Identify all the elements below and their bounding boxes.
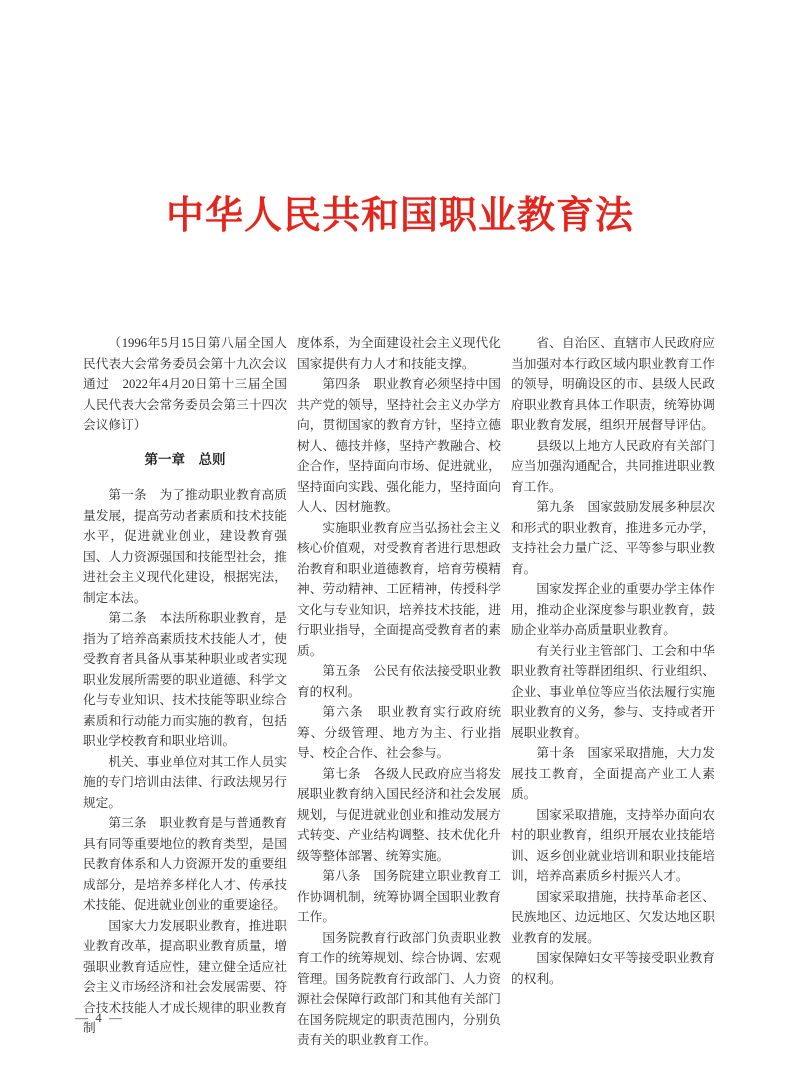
paragraph: 第十条 国家采取措施，大力发展技工教育，全面提高产业工人素质。 — [511, 743, 715, 805]
paragraph: 第八条 国务院建立职业教育工作协调机制，统筹协调全国职业教育工作。 — [297, 866, 501, 928]
paragraph: 有关行业主管部门、工会和中华职业教育社等群团组织、行业组织、企业、事业单位等应当… — [511, 641, 715, 744]
text-column-1: （1996年5月15日第八届全国人民代表大会常务委员会第十九次会议通过 2022… — [83, 333, 287, 1039]
paragraph: 第四条 职业教育必须坚持中国共产党的领导，坚持社会主义办学方向，贯彻国家的教育方… — [297, 374, 501, 518]
paragraph: 国家保障妇女平等接受职业教育的权利。 — [511, 948, 715, 989]
paragraph: 省、自治区、直辖市人民政府应当加强对本行政区域内职业教育工作的领导，明确设区的市… — [511, 333, 715, 436]
paragraph: 第七条 各级人民政府应当将发展职业教育纳入国民经济和社会发展规划，与促进就业创业… — [297, 764, 501, 867]
document-title: 中华人民共和国职业教育法 — [0, 184, 800, 239]
text-column-2: 度体系，为全面建设社会主义现代化国家提供有力人才和技能支撑。第四条 职业教育必须… — [297, 333, 501, 1051]
paragraph: 机关、事业单位对其工作人员实施的专门培训由法律、行政法规另行规定。 — [83, 752, 287, 814]
paragraph: 国务院教育行政部门负责职业教育工作的统筹规划、综合协调、宏观管理。国务院教育行政… — [297, 928, 501, 1051]
paragraph: 国家采取措施，扶持革命老区、民族地区、边远地区、欠发达地区职业教育的发展。 — [511, 887, 715, 949]
chapter-heading: 第一章 总则 — [83, 450, 287, 471]
text-column-3: 省、自治区、直辖市人民政府应当加强对本行政区域内职业教育工作的领导，明确设区的市… — [511, 333, 715, 989]
paragraph: 第一条 为了推动职业教育高质量发展，提高劳动者素质和技术技能水平，促进就业创业，… — [83, 485, 287, 608]
paragraph: 度体系，为全面建设社会主义现代化国家提供有力人才和技能支撑。 — [297, 333, 501, 374]
paragraph: 第五条 公民有依法接受职业教育的权利。 — [297, 661, 501, 702]
paragraph: 县级以上地方人民政府有关部门应当加强沟通配合，共同推进职业教育工作。 — [511, 436, 715, 498]
paragraph: 第六条 职业教育实行政府统筹、分级管理、地方为主、行业指导、校企合作、社会参与。 — [297, 702, 501, 764]
paragraph: 实施职业教育应当弘扬社会主义核心价值观，对受教育者进行思想政治教育和职业道德教育… — [297, 518, 501, 662]
paragraph: 第三条 职业教育是与普通教育具有同等重要地位的教育类型，是国民教育体系和人力资源… — [83, 813, 287, 916]
page-number: — 4 — — [75, 1010, 124, 1026]
paragraph: （1996年5月15日第八届全国人民代表大会常务委员会第十九次会议通过 2022… — [83, 333, 287, 436]
paragraph: 国家发挥企业的重要办学主体作用，推动企业深度参与职业教育，鼓励企业举办高质量职业… — [511, 579, 715, 641]
paragraph: 国家采取措施，支持举办面向农村的职业教育，组织开展农业技能培训、返乡创业就业培训… — [511, 805, 715, 887]
document-page: 中华人民共和国职业教育法 （1996年5月15日第八届全国人民代表大会常务委员会… — [0, 0, 800, 1084]
text-columns: （1996年5月15日第八届全国人民代表大会常务委员会第十九次会议通过 2022… — [83, 333, 715, 1051]
paragraph: 第二条 本法所称职业教育，是指为了培养高素质技术技能人才，使受教育者具备从事某种… — [83, 608, 287, 752]
paragraph: 第九条 国家鼓励发展多种层次和形式的职业教育，推进多元办学，支持社会力量广泛、平… — [511, 497, 715, 579]
